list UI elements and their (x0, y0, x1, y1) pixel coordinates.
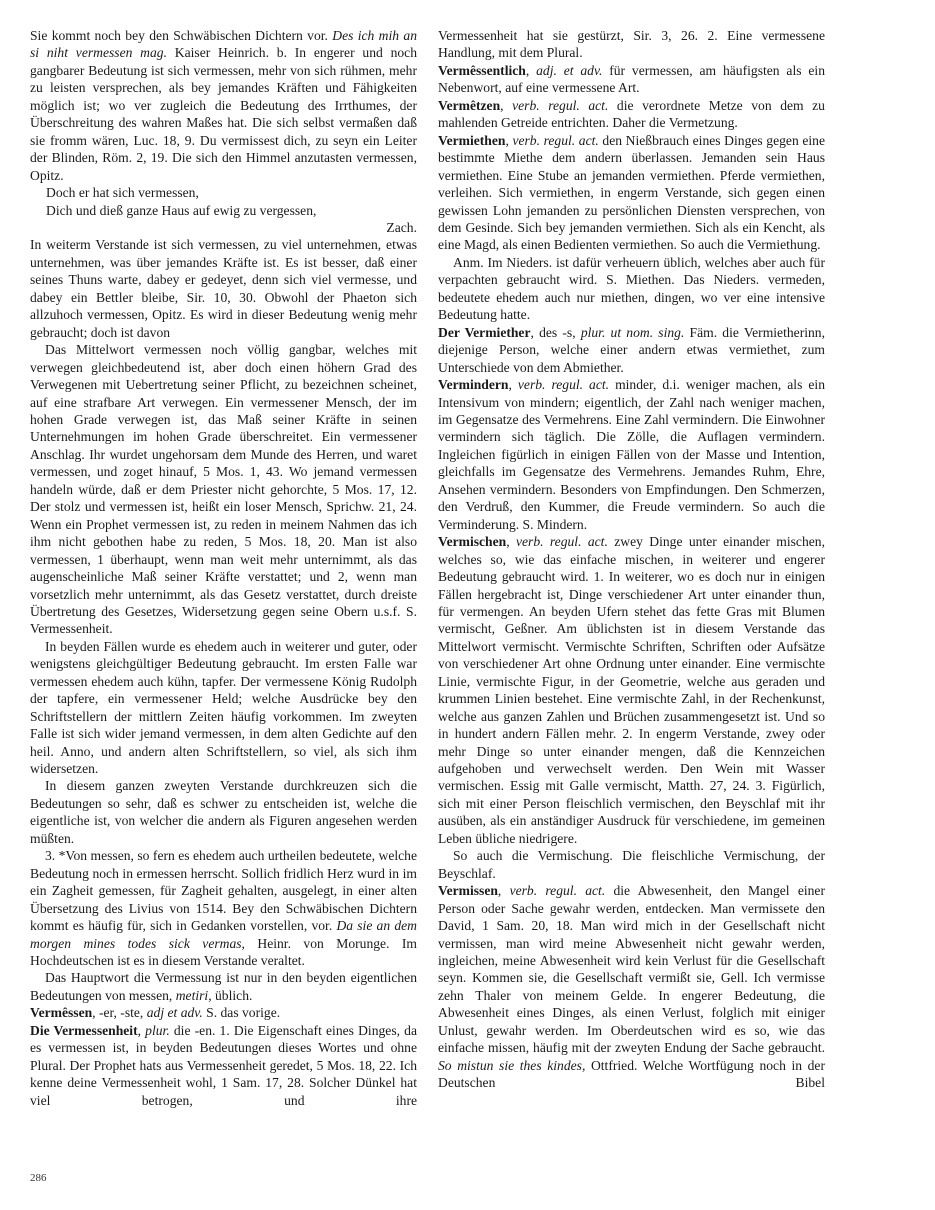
body-text: , des -s, (531, 325, 581, 340)
paragraph: Das Mittelwort vermessen noch völlig gan… (30, 341, 417, 638)
entry-headword: Vermissen (438, 883, 498, 898)
paragraph: Anm. Im Nieders. ist dafür verheuern übl… (438, 254, 825, 324)
body-text: So auch die Vermischung. Die fleischlich… (438, 848, 825, 880)
body-text: Das Mittelwort vermessen noch völlig gan… (30, 342, 417, 636)
body-text: In weiterm Verstande ist sich vermessen,… (30, 237, 417, 339)
body-text: In diesem ganzen zweyten Verstande durch… (30, 778, 417, 845)
body-text: Sie kommt noch bey den Schwäbischen Dich… (30, 28, 332, 43)
dictionary-entry: Der Vermiether, des -s, plur. ut nom. si… (438, 324, 825, 376)
italic-text: adj et adv. (147, 1005, 203, 1020)
paragraph: In beyden Fällen wurde es ehedem auch in… (30, 638, 417, 778)
dictionary-entry: Vermissen, verb. regul. act. die Abwesen… (438, 882, 825, 1091)
body-text: Anm. Im Nieders. ist dafür verheuern übl… (438, 255, 825, 322)
italic-text: adj. et adv. (536, 63, 602, 78)
body-text: , (498, 883, 510, 898)
body-text: Kaiser Heinrich. b. In engerer und noch … (30, 45, 417, 182)
entry-headword: Vermêssentlich (438, 63, 526, 78)
italic-text: verb. regul. act. (518, 377, 609, 392)
entry-headword: Die Vermessenheit (30, 1023, 138, 1038)
body-text: , -er, -ste, (92, 1005, 147, 1020)
verse-line: Dich und dieß ganze Haus auf ewig zu ver… (30, 202, 417, 219)
italic-text: So mistun sie thes kindes, (438, 1058, 585, 1073)
entry-headword: Vermiethen (438, 133, 505, 148)
paragraph: In weiterm Verstande ist sich vermessen,… (30, 236, 417, 341)
italic-text: plur. ut nom. sing. (581, 325, 685, 340)
body-text: , (526, 63, 536, 78)
body-text: , (506, 534, 516, 549)
dictionary-entry: Vermiethen, verb. regul. act. den Nießbr… (438, 132, 825, 254)
body-text: S. das vorige. (203, 1005, 280, 1020)
right-column: Vermessenheit hat sie gestürzt, Sir. 3, … (438, 27, 825, 1092)
italic-text: verb. regul. act. (516, 534, 608, 549)
verse-attribution: Zach. (30, 219, 417, 236)
paragraph: So auch die Vermischung. Die fleischlich… (438, 847, 825, 882)
dictionary-entry: Vermindern, verb. regul. act. minder, d.… (438, 376, 825, 533)
dictionary-entry: Die Vermessenheit, plur. die -en. 1. Die… (30, 1022, 417, 1109)
dictionary-entry: Vermêtzen, verb. regul. act. die verordn… (438, 97, 825, 132)
body-text: minder, d.i. weniger machen, als ein Int… (438, 377, 825, 532)
paragraph: 3. *Von messen, so fern es ehedem auch u… (30, 847, 417, 969)
italic-text: verb. regul. act. (512, 133, 598, 148)
body-text: üblich. (212, 988, 253, 1003)
italic-text: verb. regul. act. (512, 98, 608, 113)
paragraph: Vermessenheit hat sie gestürzt, Sir. 3, … (438, 27, 825, 62)
page-number: 286 (30, 1172, 47, 1184)
body-text: die Abwesenheit, den Mangel einer Person… (438, 883, 825, 1055)
italic-text: metiri, (176, 988, 212, 1003)
entry-headword: Vermischen (438, 534, 506, 549)
dictionary-entry: Vermischen, verb. regul. act. zwey Dinge… (438, 533, 825, 847)
entry-headword: Vermêssen (30, 1005, 92, 1020)
italic-text: plur. (145, 1023, 170, 1038)
body-text: zwey Dinge unter einander mischen, welch… (438, 534, 825, 846)
left-column: Sie kommt noch bey den Schwäbischen Dich… (30, 27, 417, 1109)
body-text: den Nießbrauch eines Dinges gegen eine b… (438, 133, 825, 253)
entry-headword: Der Vermiether (438, 325, 531, 340)
body-text: In beyden Fällen wurde es ehedem auch in… (30, 639, 417, 776)
entry-headword: Vermindern (438, 377, 508, 392)
entry-headword: Vermêtzen (438, 98, 500, 113)
body-text: , (508, 377, 517, 392)
italic-text: verb. regul. act. (510, 883, 606, 898)
verse-line: Doch er hat sich vermessen, (30, 184, 417, 201)
body-text: , (500, 98, 512, 113)
body-text: Vermessenheit hat sie gestürzt, Sir. 3, … (438, 28, 825, 60)
paragraph: Sie kommt noch bey den Schwäbischen Dich… (30, 27, 417, 184)
paragraph: In diesem ganzen zweyten Verstande durch… (30, 777, 417, 847)
dictionary-entry: Vermêssen, -er, -ste, adj et adv. S. das… (30, 1004, 417, 1021)
paragraph: Das Hauptwort die Vermessung ist nur in … (30, 969, 417, 1004)
dictionary-entry: Vermêssentlich, adj. et adv. für vermess… (438, 62, 825, 97)
